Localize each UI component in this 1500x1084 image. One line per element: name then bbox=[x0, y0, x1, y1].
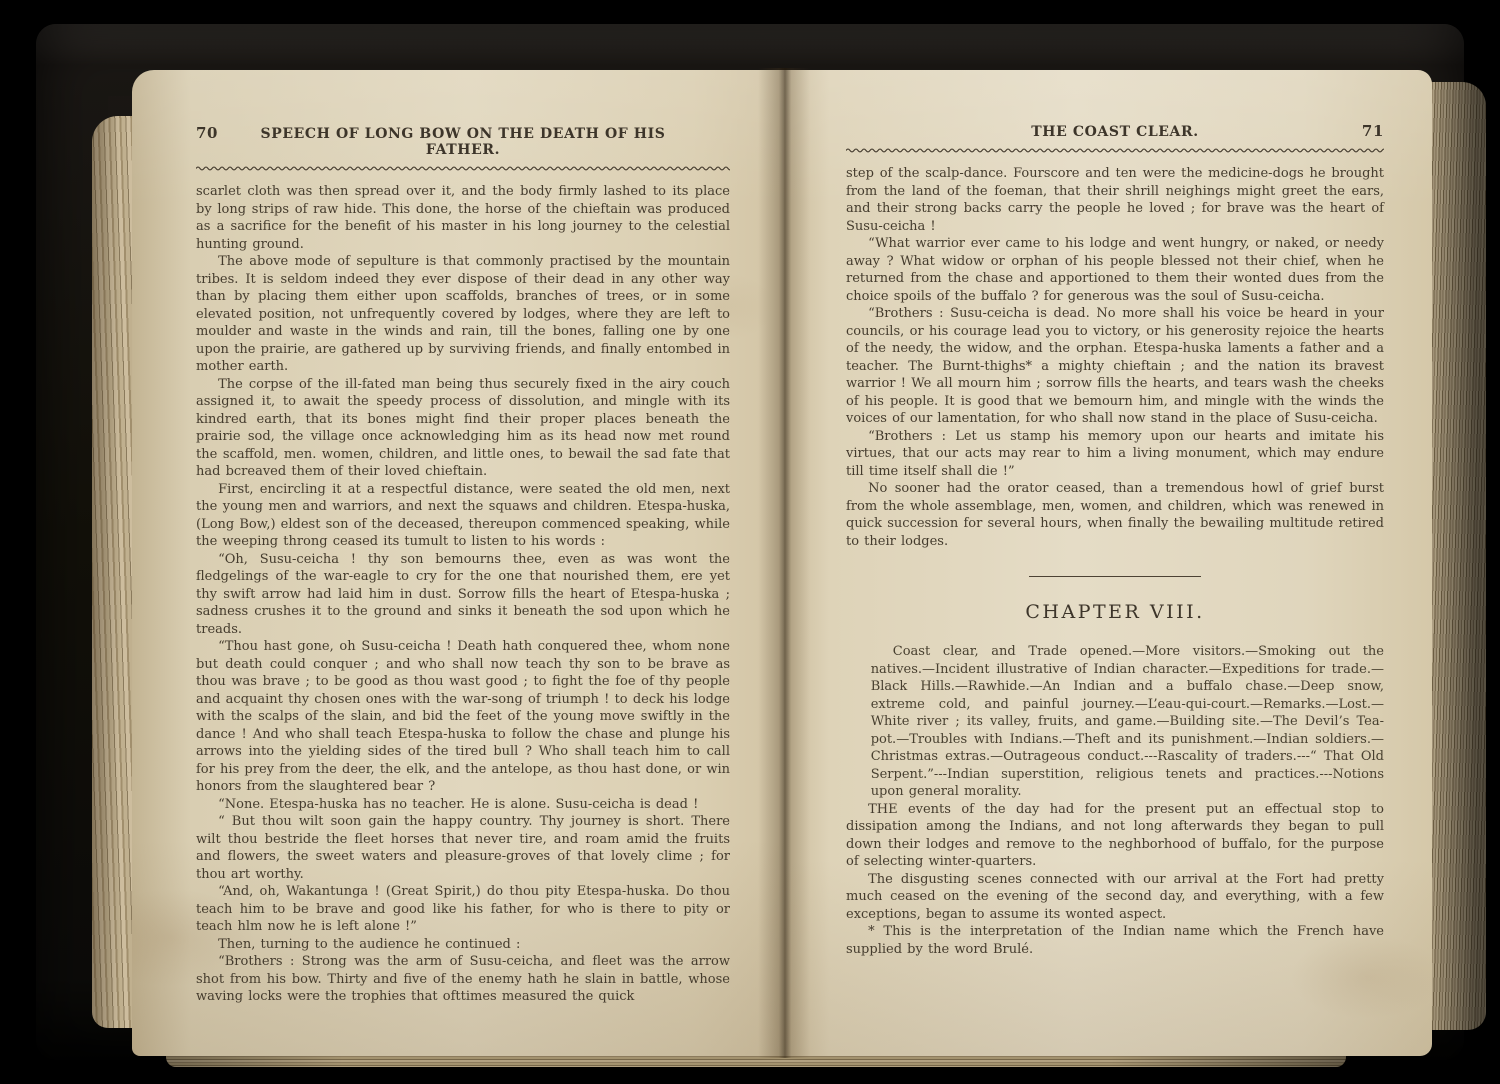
page-left: 70 SPEECH OF LONG BOW ON THE DEATH OF HI… bbox=[132, 70, 784, 1056]
paragraph: “Thou hast gone, oh Susu-ceicha ! Death … bbox=[196, 638, 730, 796]
paragraph: The disgusting scenes connected with our… bbox=[846, 871, 1384, 924]
photo-background: 70 SPEECH OF LONG BOW ON THE DEATH OF HI… bbox=[0, 0, 1500, 1084]
running-header-left: SPEECH OF LONG BOW ON THE DEATH OF HIS F… bbox=[232, 126, 694, 158]
footnote: * This is the interpretation of the Indi… bbox=[846, 923, 1384, 958]
paragraph: “Brothers : Strong was the arm of Susu-c… bbox=[196, 953, 730, 1006]
paragraph: step of the scalp-dance. Fourscore and t… bbox=[846, 165, 1384, 235]
page-right-body: step of the scalp-dance. Fourscore and t… bbox=[846, 165, 1384, 958]
page-number-left: 70 bbox=[196, 124, 232, 142]
running-header-row-right: THE COAST CLEAR. 71 bbox=[846, 122, 1384, 140]
paragraph: First, encircling it at a respectful dis… bbox=[196, 481, 730, 551]
paragraph: The above mode of sepulture is that comm… bbox=[196, 253, 730, 376]
paragraph: “Oh, Susu-ceicha ! thy son bemourns thee… bbox=[196, 551, 730, 639]
paragraph: “None. Etespa-huska has no teacher. He i… bbox=[196, 796, 730, 814]
running-header-right: THE COAST CLEAR. bbox=[882, 124, 1348, 140]
paragraph: “And, oh, Wakantunga ! (Great Spirit,) d… bbox=[196, 883, 730, 936]
paragraph: scarlet cloth was then spread over it, a… bbox=[196, 183, 730, 253]
running-header-row-left: 70 SPEECH OF LONG BOW ON THE DEATH OF HI… bbox=[196, 124, 730, 158]
page-left-body: scarlet cloth was then spread over it, a… bbox=[196, 183, 730, 1006]
paragraph: No sooner had the orator ceased, than a … bbox=[846, 480, 1384, 550]
wavy-rule-right bbox=[846, 147, 1384, 154]
paragraph: Then, turning to the audience he continu… bbox=[196, 936, 730, 954]
wavy-rule-left bbox=[196, 165, 730, 172]
page-number-right: 71 bbox=[1348, 122, 1384, 140]
paragraph: “Brothers : Let us stamp his memory upon… bbox=[846, 428, 1384, 481]
chapter-summary: Coast clear, and Trade opened.—More visi… bbox=[846, 643, 1384, 801]
paragraph: “What warrior ever came to his lodge and… bbox=[846, 235, 1384, 305]
book-cover: 70 SPEECH OF LONG BOW ON THE DEATH OF HI… bbox=[36, 24, 1464, 1060]
page-right: THE COAST CLEAR. 71 step of the scalp-da… bbox=[784, 70, 1432, 1056]
paragraph: “ But thou wilt soon gain the happy coun… bbox=[196, 813, 730, 883]
paragraph: The corpse of the ill-fated man being th… bbox=[196, 376, 730, 481]
right-fore-edge bbox=[1424, 82, 1486, 1030]
chapter-heading: CHAPTER VIII. bbox=[846, 601, 1384, 623]
paragraph: THE events of the day had for the presen… bbox=[846, 801, 1384, 871]
section-divider bbox=[1029, 576, 1201, 577]
paragraph: “Brothers : Susu-ceicha is dead. No more… bbox=[846, 305, 1384, 428]
